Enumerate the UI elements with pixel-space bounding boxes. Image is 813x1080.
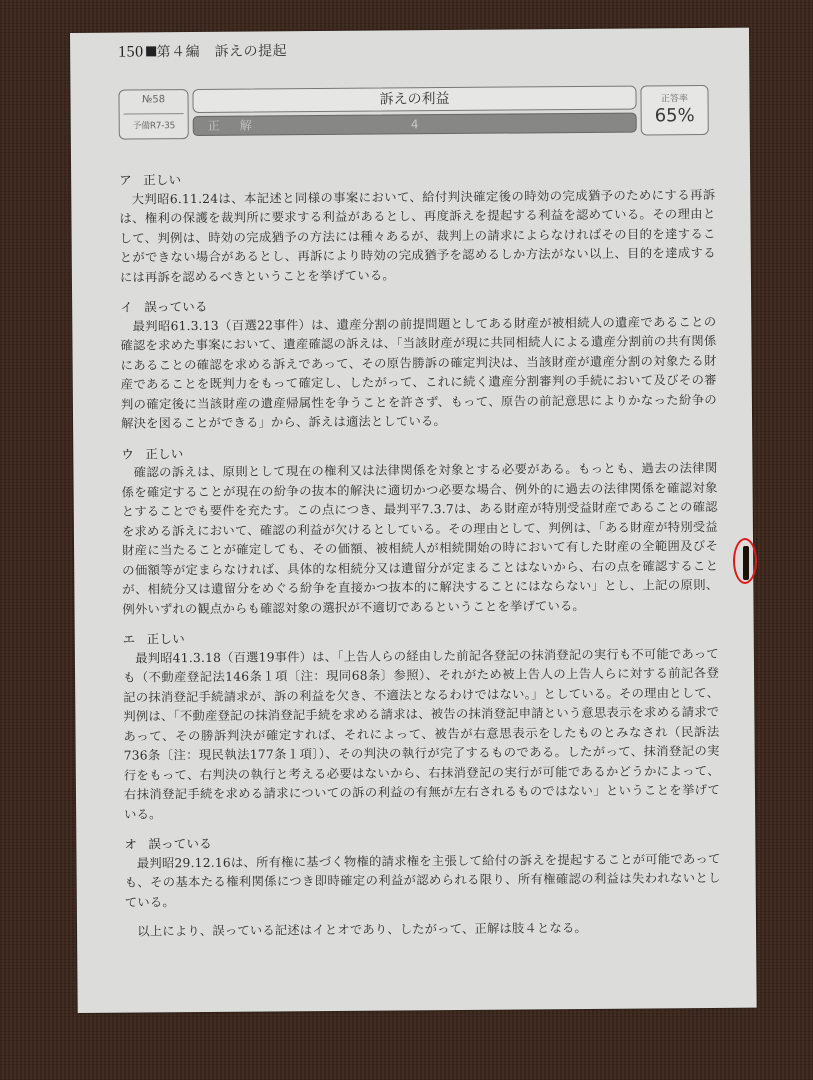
chapter-title: 第４編 訴えの提起 [157,43,288,60]
section-text: 最判昭41.3.18（百選19事件）は、「上告人らの経由した前記各登記の抹消登記… [123,644,720,824]
question-id-box: №58 予備R7-35 [118,89,188,140]
topic-title: 訴えの利益 [192,86,636,113]
section-e: エ正しい 最判昭41.3.18（百選19事件）は、「上告人らの経由した前記各登記… [123,625,721,825]
section-mark: エ [123,629,147,649]
explanation-body: ア正しい 大判昭6.11.24は、本記述と同様の事案において、給付判決確定後の時… [119,166,721,942]
answer-value: 4 [194,114,636,135]
section-mark: ウ [121,444,145,464]
section-a: ア正しい 大判昭6.11.24は、本記述と同様の事案において、給付判決確定後の時… [119,166,716,288]
section-i: イ誤っている 最判昭61.3.13（百選22事件）は、遺産分割の前提問題としてあ… [120,293,717,434]
section-text: 最判昭61.3.13（百選22事件）は、遺産分割の前提問題としてある財産が被相続… [120,312,717,434]
section-verdict: 誤っている [144,299,208,314]
section-verdict: 正しい [147,631,185,646]
correct-rate-label: 正答率 [641,91,707,105]
page-number: 150 [118,43,144,60]
section-mark: オ [124,834,148,854]
section-verdict: 正しい [143,172,181,187]
answer-bar: 正 解 4 [193,113,637,136]
section-verdict: 誤っている [148,836,212,851]
section-text: 最判昭29.12.16は、所有権に基づく物権的請求権を主張して給付の訴えを提起す… [124,849,720,912]
question-source: 予備R7-35 [120,118,188,132]
divider [124,113,184,114]
running-head: 150第４編 訴えの提起 [118,40,287,61]
red-circle-annotation [733,538,757,584]
section-text: 大判昭6.11.24は、本記述と同様の事案において、給付判決確定後の時効の完成猶… [119,185,716,287]
section-u: ウ正しい 確認の訴えは、原則として現在の権利又は法律関係を対象とする必要がある。… [121,439,718,619]
question-header: №58 予備R7-35 訴えの利益 正 解 4 正答率 65% [118,85,710,140]
question-number: №58 [119,94,187,106]
correct-rate-value: 65% [642,105,708,127]
section-text: 確認の訴えは、原則として現在の権利又は法律関係を対象とする必要がある。もっとも、… [121,459,718,620]
square-bullet-icon [146,46,156,56]
conclusion-text: 以上により、誤っている記述はイとオであり、したがって、正解は肢４となる。 [125,918,721,942]
section-o: オ誤っている 最判昭29.12.16は、所有権に基づく物権的請求権を主張して給付… [124,830,721,913]
document-page: 150第４編 訴えの提起 №58 予備R7-35 訴えの利益 正 解 4 正答率… [70,28,757,1013]
section-mark: イ [120,297,144,317]
section-mark: ア [119,170,143,190]
correct-rate-box: 正答率 65% [640,85,708,136]
section-verdict: 正しい [145,446,183,461]
